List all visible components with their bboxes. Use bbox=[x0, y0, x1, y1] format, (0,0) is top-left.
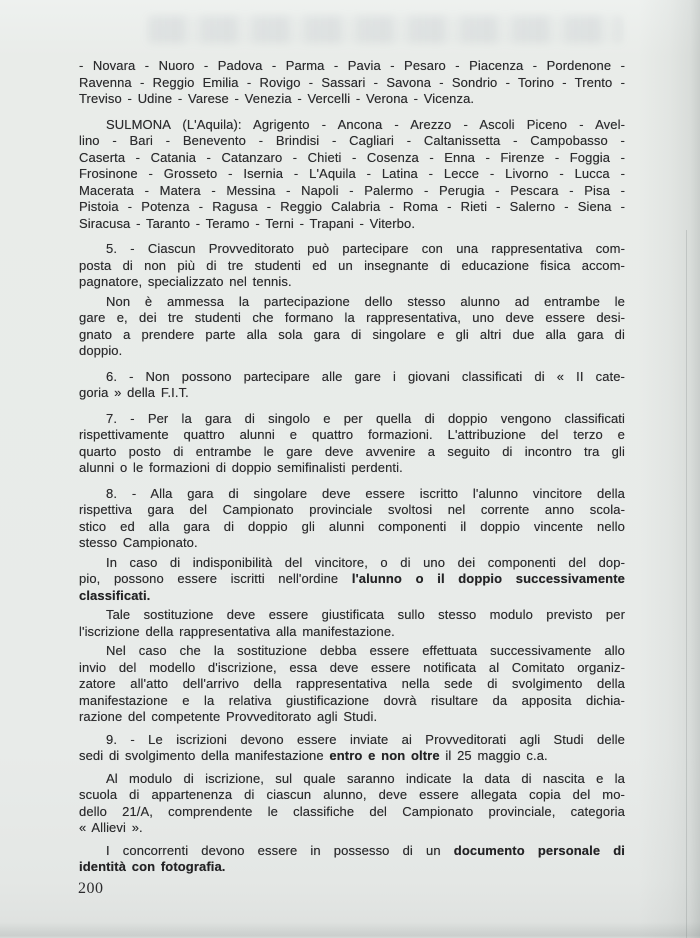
text-segment: In caso di indisponibilità del vincitore… bbox=[106, 555, 625, 570]
text-segment: razione del competente Provveditorato ag… bbox=[79, 709, 377, 724]
text-line: razione del competente Provveditorato ag… bbox=[79, 709, 625, 726]
text-line: stesso Campionato. bbox=[79, 535, 625, 552]
article-9: 9. - Le iscrizioni devono essere inviate… bbox=[79, 732, 625, 765]
text-line: pagnatore, specializzato nel tennis. bbox=[79, 274, 625, 291]
text-segment: alunni o le formazioni di doppio semifin… bbox=[79, 460, 403, 475]
text-segment: Siracusa - Taranto - Teramo - Terni - Tr… bbox=[79, 216, 415, 231]
text-line: 5. - Ciascun Provveditorato può partecip… bbox=[79, 241, 625, 258]
bold-text: classificati. bbox=[79, 588, 150, 603]
bold-text: l'alunno o il doppio successivamente bbox=[352, 571, 625, 586]
text-segment: stico ed alla gara di doppio gli alunni … bbox=[79, 519, 625, 534]
article-6: 6. - Non possono partecipare alle gare i… bbox=[79, 369, 625, 402]
bold-text: entro e non oltre bbox=[329, 748, 439, 763]
article-5: 5. - Ciascun Provveditorato può partecip… bbox=[79, 241, 625, 291]
text-line: invio del modello d'iscrizione, essa dev… bbox=[79, 660, 625, 677]
text-line: manifestazione e la relativa giustificaz… bbox=[79, 693, 625, 710]
text-segment: pagnatore, specializzato nel tennis. bbox=[79, 274, 292, 289]
article-5-continuation: Non è ammessa la partecipazione dello st… bbox=[79, 294, 625, 360]
text-line: sedi di svolgimento della manifestazione… bbox=[79, 748, 625, 765]
text-segment: posta di non più di tre studenti ed un i… bbox=[79, 258, 625, 273]
text-segment: goria » della F.I.T. bbox=[79, 385, 189, 400]
text-line: pio, possono essere iscritti nell'ordine… bbox=[79, 571, 625, 588]
page-edge-shadow-right bbox=[638, 0, 700, 938]
text-segment: rispettivamente quattro alunni e quattro… bbox=[79, 427, 625, 442]
text-segment: gare e, dei tre studenti che formano la … bbox=[79, 310, 625, 325]
text-line: Pistoia - Potenza - Ragusa - Reggio Cala… bbox=[79, 199, 625, 216]
text-segment: Al modulo di iscrizione, sul quale saran… bbox=[106, 771, 625, 786]
text-line: identità con fotografia. bbox=[79, 859, 625, 876]
text-segment: Ravenna - Reggio Emilia - Rovigo - Sassa… bbox=[79, 75, 625, 90]
bleedthrough-headline-band bbox=[148, 16, 622, 43]
city-list-continuation: - Novara - Nuoro - Padova - Parma - Pavi… bbox=[79, 58, 625, 108]
page-edge-shadow-bottom bbox=[0, 922, 700, 938]
text-segment: lino - Bari - Benevento - Brindisi - Cag… bbox=[79, 133, 625, 148]
page-crease-line bbox=[686, 230, 687, 938]
text-segment: Pistoia - Potenza - Ragusa - Reggio Cala… bbox=[79, 199, 625, 214]
article-9-identity: I concorrenti devono essere in possesso … bbox=[79, 843, 625, 876]
text-line: zatore all'atto dell'arrivo della rappre… bbox=[79, 676, 625, 693]
text-line: posta di non più di tre studenti ed un i… bbox=[79, 258, 625, 275]
text-line: doppio. bbox=[79, 343, 625, 360]
text-segment: pio, possono essere iscritti nell'ordine bbox=[79, 571, 352, 586]
text-line: In caso di indisponibilità del vincitore… bbox=[79, 555, 625, 572]
sulmona-city-list: SULMONA (L'Aquila): Agrigento - Ancona -… bbox=[79, 117, 625, 233]
text-segment: rispettiva gara del Campionato provincia… bbox=[79, 502, 625, 517]
text-line: 7. - Per la gara di singolo e per quella… bbox=[79, 411, 625, 428]
text-line: stico ed alla gara di doppio gli alunni … bbox=[79, 519, 625, 536]
text-segment: Macerata - Matera - Messina - Napoli - P… bbox=[79, 183, 625, 198]
article-8-substitution: In caso di indisponibilità del vincitore… bbox=[79, 555, 625, 605]
text-line: Siracusa - Taranto - Teramo - Terni - Tr… bbox=[79, 216, 625, 233]
text-segment: sedi di svolgimento della manifestazione bbox=[79, 748, 329, 763]
text-segment: 7. - Per la gara di singolo e per quella… bbox=[106, 411, 625, 426]
text-segment: 6. - Non possono partecipare alle gare i… bbox=[106, 369, 625, 384]
text-line: Al modulo di iscrizione, sul quale saran… bbox=[79, 771, 625, 788]
text-segment: - Novara - Nuoro - Padova - Parma - Pavi… bbox=[79, 58, 625, 73]
text-segment: 9. - Le iscrizioni devono essere inviate… bbox=[106, 732, 625, 747]
text-line: gnato a prendere parte alla sola gara di… bbox=[79, 327, 625, 344]
text-line: Treviso - Udine - Varese - Venezia - Ver… bbox=[79, 91, 625, 108]
text-segment: « Allievi ». bbox=[79, 820, 143, 835]
text-segment: doppio. bbox=[79, 343, 122, 358]
text-segment: stesso Campionato. bbox=[79, 535, 198, 550]
text-line: 8. - Alla gara di singolare deve essere … bbox=[79, 486, 625, 503]
bold-text: documento personale di bbox=[454, 843, 625, 858]
text-line: gare e, dei tre studenti che formano la … bbox=[79, 310, 625, 327]
article-8-justification: Tale sostituzione deve essere giustifica… bbox=[79, 607, 625, 640]
text-line: rispettivamente quattro alunni e quattro… bbox=[79, 427, 625, 444]
bold-text: identità con fotografia. bbox=[79, 859, 226, 874]
text-line: Nel caso che la sostituzione debba esser… bbox=[79, 643, 625, 660]
text-segment: Nel caso che la sostituzione debba esser… bbox=[106, 643, 625, 658]
text-segment: manifestazione e la relativa giustificaz… bbox=[79, 693, 625, 708]
text-segment: 5. - Ciascun Provveditorato può partecip… bbox=[106, 241, 625, 256]
text-segment: invio del modello d'iscrizione, essa dev… bbox=[79, 660, 625, 675]
text-line: Ravenna - Reggio Emilia - Rovigo - Sassa… bbox=[79, 75, 625, 92]
text-segment: Frosinone - Grosseto - Isernia - L'Aquil… bbox=[79, 166, 625, 181]
text-line: - Novara - Nuoro - Padova - Parma - Pavi… bbox=[79, 58, 625, 75]
page-text: - Novara - Nuoro - Padova - Parma - Pavi… bbox=[79, 58, 625, 876]
text-line: lino - Bari - Benevento - Brindisi - Cag… bbox=[79, 133, 625, 150]
text-line: alunni o le formazioni di doppio semifin… bbox=[79, 460, 625, 477]
text-line: quarto posto di entrambe le gare deve av… bbox=[79, 444, 625, 461]
text-line: Macerata - Matera - Messina - Napoli - P… bbox=[79, 183, 625, 200]
text-line: 6. - Non possono partecipare alle gare i… bbox=[79, 369, 625, 386]
text-line: I concorrenti devono essere in possesso … bbox=[79, 843, 625, 860]
text-segment: SULMONA (L'Aquila): Agrigento - Ancona -… bbox=[106, 117, 625, 132]
text-line: 9. - Le iscrizioni devono essere inviate… bbox=[79, 732, 625, 749]
text-segment: Treviso - Udine - Varese - Venezia - Ver… bbox=[79, 91, 474, 106]
article-8: 8. - Alla gara di singolare deve essere … bbox=[79, 486, 625, 552]
text-line: « Allievi ». bbox=[79, 820, 625, 837]
text-segment: Non è ammessa la partecipazione dello st… bbox=[106, 294, 625, 309]
text-segment: l'iscrizione della rappresentativa alla … bbox=[79, 624, 395, 639]
article-8-notification: Nel caso che la sostituzione debba esser… bbox=[79, 643, 625, 726]
text-segment: dello 21/A, comprendente le classifiche … bbox=[79, 804, 625, 819]
text-segment: Caserta - Catania - Catanzaro - Chieti -… bbox=[79, 150, 625, 165]
text-line: dello 21/A, comprendente le classifiche … bbox=[79, 804, 625, 821]
text-segment: il 25 maggio c.a. bbox=[440, 748, 548, 763]
text-segment: quarto posto di entrambe le gare deve av… bbox=[79, 444, 625, 459]
article-7: 7. - Per la gara di singolo e per quella… bbox=[79, 411, 625, 477]
text-segment: 8. - Alla gara di singolare deve essere … bbox=[106, 486, 625, 501]
text-segment: gnato a prendere parte alla sola gara di… bbox=[79, 327, 625, 342]
text-line: SULMONA (L'Aquila): Agrigento - Ancona -… bbox=[79, 117, 625, 134]
text-segment: I concorrenti devono essere in possesso … bbox=[106, 843, 454, 858]
text-line: Non è ammessa la partecipazione dello st… bbox=[79, 294, 625, 311]
text-line: Caserta - Catania - Catanzaro - Chieti -… bbox=[79, 150, 625, 167]
article-9-module: Al modulo di iscrizione, sul quale saran… bbox=[79, 771, 625, 837]
text-line: scuola di appartenenza di ciascun alunno… bbox=[79, 787, 625, 804]
text-line: goria » della F.I.T. bbox=[79, 385, 625, 402]
text-segment: Tale sostituzione deve essere giustifica… bbox=[106, 607, 625, 622]
text-line: l'iscrizione della rappresentativa alla … bbox=[79, 624, 625, 641]
text-line: Frosinone - Grosseto - Isernia - L'Aquil… bbox=[79, 166, 625, 183]
text-line: classificati. bbox=[79, 588, 625, 605]
text-line: Tale sostituzione deve essere giustifica… bbox=[79, 607, 625, 624]
text-segment: scuola di appartenenza di ciascun alunno… bbox=[79, 787, 625, 802]
text-line: rispettiva gara del Campionato provincia… bbox=[79, 502, 625, 519]
text-segment: zatore all'atto dell'arrivo della rappre… bbox=[79, 676, 625, 691]
page-number: 200 bbox=[78, 880, 104, 898]
